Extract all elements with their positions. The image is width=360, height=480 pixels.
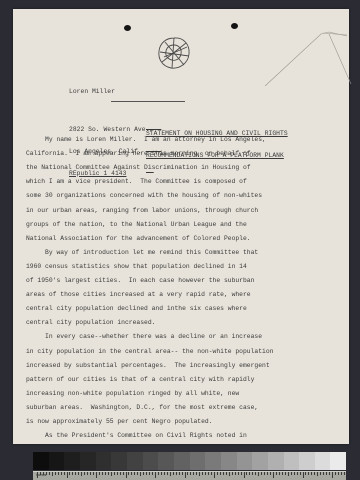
ruler-tick: [185, 472, 186, 478]
ruler-tick: [211, 472, 212, 475]
sender-block: Loren Miller 2822 So. Western Ave., Los …: [69, 74, 153, 191]
ruler-tick: [190, 472, 191, 475]
phone-underline: [111, 101, 185, 102]
ruler-tick: [258, 472, 259, 476]
ruler-tick: [158, 472, 159, 475]
ruler-tick: [111, 472, 112, 476]
ruler-tick: [176, 472, 177, 475]
ruler-tick: [173, 472, 174, 475]
ruler-tick: [338, 472, 339, 475]
ruler-tick: [90, 472, 91, 475]
ruler-tick: [55, 472, 56, 475]
ruler-tick: [267, 472, 268, 475]
body-line: some 30 organizations concerned with the…: [26, 192, 262, 200]
ruler-tick: [246, 472, 247, 475]
ruler-tick: [223, 472, 224, 475]
ruler-tick: [81, 472, 82, 476]
ruler-tick: [64, 472, 65, 475]
ruler-tick: [311, 472, 312, 475]
ruler-tick: [137, 472, 138, 475]
body-line: groups of the nation, to the National Ur…: [26, 221, 247, 229]
punch-hole-left: [124, 25, 131, 31]
ruler-tick: [199, 472, 200, 476]
body-line: pattern of our cities is that of a centr…: [26, 376, 254, 384]
ruler-tick: [182, 472, 183, 475]
ruler-tick: [341, 472, 342, 475]
ruler-tick: [114, 472, 115, 475]
gray-step: [252, 452, 268, 470]
ruler-tick: [102, 472, 103, 475]
body-line: California. I am appearing here this mor…: [26, 150, 251, 158]
sender-name: Loren Miller: [69, 88, 153, 95]
ruler-tick: [75, 472, 76, 475]
body-line: My name is Loren Miller. I am an attorne…: [26, 136, 266, 144]
ruler-tick: [220, 472, 221, 475]
ruler-tick: [40, 472, 41, 475]
ruler-tick: [279, 472, 280, 475]
grayscale-strip: [33, 452, 346, 470]
body-line: By way of introduction let me remind thi…: [26, 249, 258, 257]
ruler-tick: [155, 472, 156, 478]
ruler-tick: [164, 472, 165, 475]
body-line: areas of those cities increased at a ver…: [26, 291, 251, 299]
punch-hole-right: [231, 23, 238, 29]
ruler-tick: [152, 472, 153, 475]
ruler-tick: [43, 472, 44, 475]
ruler-tick: [96, 472, 97, 478]
ruler-tick: [105, 472, 106, 475]
ruler-tick: [170, 472, 171, 476]
hand-drawn-wheel-icon: [156, 35, 192, 71]
ruler-tick: [128, 472, 129, 475]
gray-step: [284, 452, 300, 470]
body-line: in our urban areas, ranging from labor u…: [26, 207, 258, 215]
ruler-tick: [84, 472, 85, 475]
ruler-tick: [323, 472, 324, 475]
ruler-tick: [235, 472, 236, 475]
body-line: increased by substantial percentages. Th…: [26, 362, 270, 370]
ruler-tick: [300, 472, 301, 475]
gray-step: [205, 452, 221, 470]
body-line: central city population declined and int…: [26, 305, 247, 313]
body-line: which I am a vice president. The Committ…: [26, 178, 247, 186]
ruler-tick: [202, 472, 203, 475]
ruler-tick: [314, 472, 315, 475]
ruler-tick: [282, 472, 283, 475]
ruler-tick: [99, 472, 100, 475]
ruler-tick: [226, 472, 227, 475]
ruler-tick: [123, 472, 124, 475]
ruler-tick: [320, 472, 321, 475]
body-line: the National Committee Against Discrimin…: [26, 164, 251, 172]
inch-ruler: Inches: [33, 471, 346, 480]
ruler-tick: [326, 472, 327, 475]
gray-step: [64, 452, 80, 470]
ruler-tick: [149, 472, 150, 475]
ruler-tick: [329, 472, 330, 475]
gray-step: [80, 452, 96, 470]
ruler-tick: [264, 472, 265, 475]
ruler-tick: [205, 472, 206, 475]
ruler-tick: [273, 472, 274, 478]
ruler-tick: [305, 472, 306, 475]
gray-step: [190, 452, 206, 470]
color-calibration-ruler: Inches: [33, 452, 346, 480]
ruler-tick: [72, 472, 73, 475]
ruler-tick: [78, 472, 79, 475]
ruler-tick: [46, 472, 47, 475]
ruler-tick: [241, 472, 242, 475]
ruler-tick: [196, 472, 197, 475]
ruler-tick: [131, 472, 132, 475]
ruler-tick: [67, 472, 68, 478]
ruler-tick: [270, 472, 271, 475]
document-page: Loren Miller 2822 So. Western Ave., Los …: [13, 9, 349, 444]
ruler-tick: [69, 472, 70, 475]
body-line: is now approximately 55 per cent Negro p…: [26, 418, 213, 426]
gray-step: [127, 452, 143, 470]
gray-step: [330, 452, 346, 470]
ruler-tick: [214, 472, 215, 478]
ruler-tick: [255, 472, 256, 475]
gray-step: [174, 452, 190, 470]
ruler-tick: [252, 472, 253, 475]
ruler-tick: [344, 472, 345, 475]
ruler-tick: [303, 472, 304, 478]
gray-step: [315, 452, 331, 470]
ruler-tick: [49, 472, 50, 475]
gray-step: [33, 452, 49, 470]
ruler-tick: [276, 472, 277, 475]
ruler-tick: [134, 472, 135, 475]
ruler-tick: [117, 472, 118, 475]
ruler-tick: [249, 472, 250, 475]
body-line: in city population in the central area--…: [26, 348, 273, 356]
ruler-tick: [193, 472, 194, 475]
body-line: As the President's Committee on Civil Ri…: [26, 432, 247, 440]
ruler-tick: [238, 472, 239, 475]
ruler-tick: [208, 472, 209, 475]
body-line: 1960 census statistics show that populat…: [26, 263, 247, 271]
gray-step: [158, 452, 174, 470]
ruler-tick: [58, 472, 59, 475]
body-line: of 1950's largest cities. In each case h…: [26, 277, 254, 285]
ruler-tick: [332, 472, 333, 478]
ruler-tick: [143, 472, 144, 475]
gray-step: [111, 452, 127, 470]
ruler-tick: [297, 472, 298, 475]
ruler-tick: [126, 472, 127, 478]
ruler-tick: [217, 472, 218, 475]
ruler-tick: [308, 472, 309, 475]
body-line: In every case--whether there was a decli…: [26, 333, 262, 341]
ruler-tick: [167, 472, 168, 475]
body-line: suburban areas. Washington, D.C., for th…: [26, 404, 258, 412]
gray-step: [237, 452, 253, 470]
body-line: National Association for the advancement…: [26, 235, 251, 243]
gray-step: [143, 452, 159, 470]
ruler-tick: [229, 472, 230, 476]
body-line: central city population increased.: [26, 319, 155, 327]
ruler-tick: [120, 472, 121, 475]
gray-step: [268, 452, 284, 470]
ruler-tick: [288, 472, 289, 476]
ruler-tick: [335, 472, 336, 475]
ruler-tick: [285, 472, 286, 475]
ruler-tick: [37, 472, 38, 478]
gray-step: [299, 452, 315, 470]
ruler-tick: [187, 472, 188, 475]
ruler-tick: [261, 472, 262, 475]
ruler-tick: [294, 472, 295, 475]
gray-step: [96, 452, 112, 470]
ruler-tick: [87, 472, 88, 475]
sender-address-line1: 2822 So. Western Ave.,: [69, 126, 153, 133]
pencil-mark: [263, 24, 353, 94]
ruler-tick: [146, 472, 147, 475]
ruler-tick: [52, 472, 53, 476]
ruler-tick: [291, 472, 292, 475]
ruler-tick: [93, 472, 94, 475]
ruler-tick: [140, 472, 141, 476]
ruler-tick: [179, 472, 180, 475]
ruler-tick: [244, 472, 245, 478]
ruler-tick: [161, 472, 162, 475]
gray-step: [221, 452, 237, 470]
ruler-tick: [232, 472, 233, 475]
ruler-tick: [108, 472, 109, 475]
body-line: increasing non-white population ringed b…: [26, 390, 239, 398]
gray-step: [49, 452, 65, 470]
ruler-tick: [317, 472, 318, 476]
ruler-tick: [61, 472, 62, 475]
